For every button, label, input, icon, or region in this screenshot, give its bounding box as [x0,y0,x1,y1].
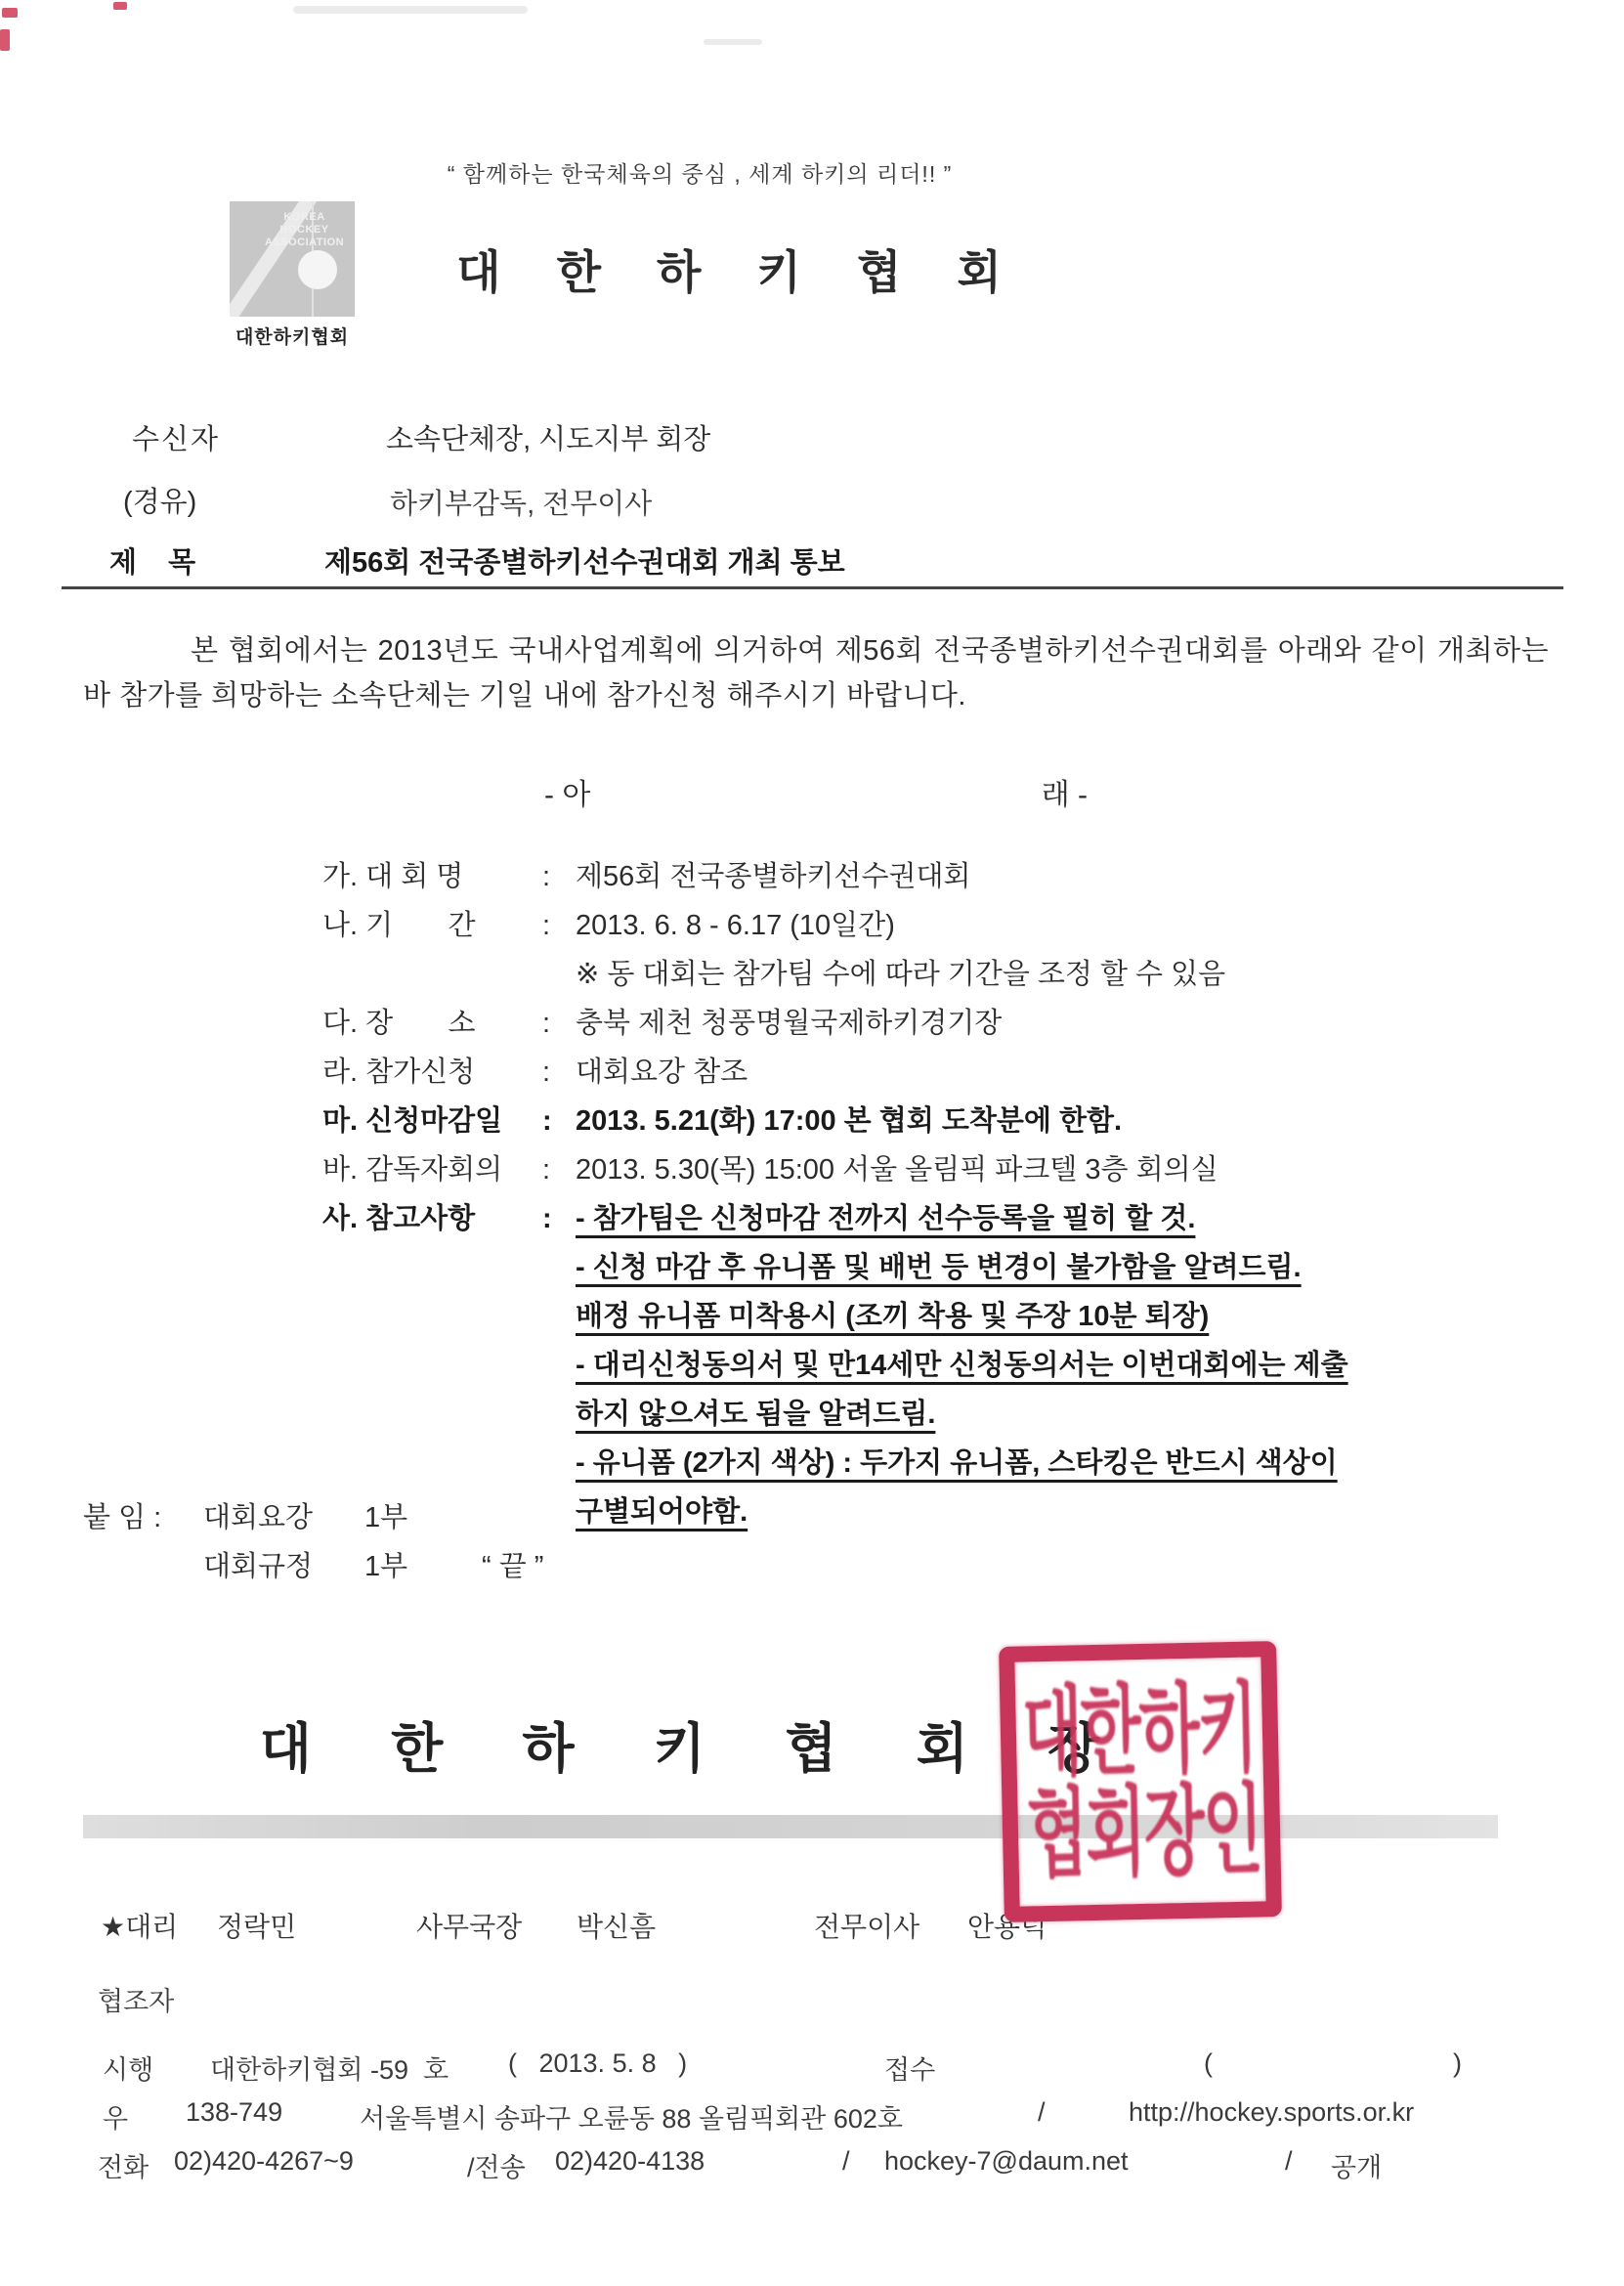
association-title: 대 한 하 키 협 회 [0,237,1479,302]
header-divider [62,586,1563,589]
detail-value: 2013. 6. 8 - 6.17 (10일간) [576,901,895,950]
official-role: 전무이사 [814,1906,919,1945]
detail-value: 대회요강 참조 [576,1048,748,1097]
details-list: 가. 대 회 명:제56회 전국종별하키선수권대회 나. 기 간:2013. 6… [322,852,1603,1536]
detail-label: 사. 참고사항 [322,1194,542,1243]
separator-slash: / [842,2146,850,2177]
remark-line: 배정 유니폼 미착용시 (조끼 착용 및 주장 10분 퇴장) [576,1292,1209,1341]
recipient-label: 수신자 [132,417,220,457]
remark-row: 배정 유니폼 미착용시 (조끼 착용 및 주장 10분 퇴장) [322,1292,1603,1341]
official-name: 정락민 [217,1906,296,1945]
issue-label: 시행 [103,2049,153,2087]
detail-note: ※ 동 대회는 참가팀 수에 따라 기간을 조정 할 수 있음 [576,950,1225,999]
receipt-paren-open: ( [1204,2049,1213,2079]
subject-value: 제56회 전국종별하키선수권대회 개최 통보 [324,540,845,581]
receipt-label: 접수 [884,2049,935,2087]
attachment-label: 붙 임 : [83,1493,203,1542]
address: 서울특별시 송파구 오륜동 88 올림픽회관 602호 [360,2097,903,2135]
below-left: - 아 [544,770,590,813]
detail-row-venue: 다. 장 소:충북 제천 청풍명월국제하키경기장 [322,999,1603,1048]
detail-value: 2013. 5.21(화) 17:00 본 협회 도착분에 한함. [576,1097,1122,1145]
detail-colon: : [542,1194,564,1243]
scan-mark [2,8,18,18]
attachment-item-count: 1부 [364,1542,482,1591]
remark-line: 구별되어야함. [576,1488,748,1536]
detail-colon: : [542,1048,564,1097]
disclosure-label: 공개 [1331,2146,1382,2184]
logo-word: HOCKEY [265,224,344,237]
detail-row-remarks: 사. 참고사항:- 참가팀은 신청마감 전까지 선수등록을 필히 할 것. [322,1194,1603,1243]
cooperator-label: 협조자 [98,1980,174,2018]
document-page: “ 함께하는 한국체육의 중심 , 세계 하키의 리더!! ” KOREA HO… [0,0,1624,2286]
tel-number: 02)420-4267~9 [174,2146,354,2177]
detail-row-period: 나. 기 간:2013. 6. 8 - 6.17 (10일간) [322,901,1603,950]
remark-row: 하지 않으셔도 됨을 알려드림. [322,1390,1603,1439]
remark-row: - 유니폼 (2가지 색상) : 두가지 유니폼, 스타킹은 반드시 색상이 [322,1439,1603,1488]
official-role: ★대리 [101,1906,178,1945]
official-name: 박신흠 [577,1906,656,1945]
scan-mark [113,2,127,10]
via-value: 하키부감독, 전무이사 [390,482,652,522]
remark-row: - 신청 마감 후 유니폼 및 배번 등 변경이 불가함을 알려드림. [322,1243,1603,1292]
seal-text-line: 대한하키 [1021,1680,1257,1782]
email-address: hockey-7@daum.net [884,2146,1129,2177]
remark-line: - 신청 마감 후 유니폼 및 배번 등 변경이 불가함을 알려드림. [576,1243,1302,1292]
detail-colon: : [542,999,564,1048]
attachment-item-count: 1부 [364,1493,482,1542]
attachment-item-name: 대회규정 [203,1542,364,1591]
attachment-block: 붙 임 : 대회요강 1부 대회규정 1부 “ 끝 ” [83,1493,543,1591]
remark-line: - 대리신청동의서 및 만14세만 신청동의서는 이번대회에는 제출 [576,1341,1348,1390]
website-url: http://hockey.sports.or.kr [1129,2097,1414,2128]
remark-line: - 참가팀은 신청마감 전까지 선수등록을 필히 할 것. [576,1194,1195,1243]
attachment-label-text: 붙 임 [83,1502,146,1533]
attachment-item-name: 대회요강 [203,1493,364,1542]
fax-number: 02)420-4138 [555,2146,705,2177]
detail-value: 충북 제천 청풍명월국제하키경기장 [576,999,1002,1048]
detail-row-meeting: 바. 감독자회의:2013. 5.30(목) 15:00 서울 올림픽 파크텔 … [322,1145,1603,1194]
detail-label: 다. 장 소 [322,999,542,1048]
detail-colon: : [542,1145,564,1194]
below-heading: - 아 래 - [544,770,1088,813]
detail-row-deadline: 마. 신청마감일:2013. 5.21(화) 17:00 본 협회 도착분에 한… [322,1097,1603,1145]
zip-code: 138-749 [186,2097,282,2128]
logo-caption: 대한하키협회 [226,323,359,349]
subject-label: 제 목 [109,540,197,581]
scan-smudge [293,6,528,14]
remark-row: - 대리신청동의서 및 만14세만 신청동의서는 이번대회에는 제출 [322,1341,1603,1390]
recipient-value: 소속단체장, 시도지부 회장 [386,417,710,457]
detail-row-period-note: ※ 동 대회는 참가팀 수에 따라 기간을 조정 할 수 있음 [322,950,1603,999]
zip-label: 우 [103,2097,128,2135]
association-slogan: “ 함께하는 한국체육의 중심 , 세계 하키의 리더!! ” [0,156,1399,189]
official-seal-stamp: 대한하키 협회장인 [999,1641,1282,1922]
fax-label: /전송 [467,2146,526,2184]
detail-row-event-name: 가. 대 회 명:제56회 전국종별하키선수권대회 [322,852,1603,901]
detail-row-entry: 라. 참가신청:대회요강 참조 [322,1048,1603,1097]
remark-line: 하지 않으셔도 됨을 알려드림. [576,1390,935,1439]
tel-label: 전화 [98,2146,149,2184]
remark-line: - 유니폼 (2가지 색상) : 두가지 유니폼, 스타킹은 반드시 색상이 [576,1439,1338,1488]
below-right: 래 - [1042,770,1088,813]
scan-smudge [704,39,762,45]
detail-value: 제56회 전국종별하키선수권대회 [576,852,971,901]
detail-label: 가. 대 회 명 [322,852,542,901]
detail-label: 마. 신청마감일 [322,1097,542,1145]
detail-label: 나. 기 간 [322,901,542,950]
separator-slash: / [1038,2097,1046,2128]
detail-colon: : [542,1097,564,1145]
detail-label: 바. 감독자회의 [322,1145,542,1194]
receipt-paren-close: ) [1453,2049,1462,2079]
issue-date: ( 2013. 5. 8 ) [508,2049,687,2079]
attachment-item-tail: “ 끝 ” [482,1542,543,1591]
official-role: 사무국장 [416,1906,522,1945]
seal-text-line: 협회장인 [1026,1782,1261,1883]
detail-label: 라. 참가신청 [322,1048,542,1097]
logo-word: KOREA [265,211,344,224]
attachment-colon: : [153,1502,161,1533]
detail-value: 2013. 5.30(목) 15:00 서울 올림픽 파크텔 3층 회의실 [576,1145,1218,1194]
scan-gray-band [83,1815,1498,1838]
scan-mark [0,29,10,51]
detail-colon: : [542,852,564,901]
separator-slash: / [1285,2146,1293,2177]
issue-number: 대한하키협회 -59 호 [210,2049,449,2087]
via-label: (경유) [123,480,196,520]
detail-colon: : [542,901,564,950]
body-paragraph: 본 협회에서는 2013년도 국내사업계획에 의거하여 제56회 전국종별하키선… [83,628,1549,718]
